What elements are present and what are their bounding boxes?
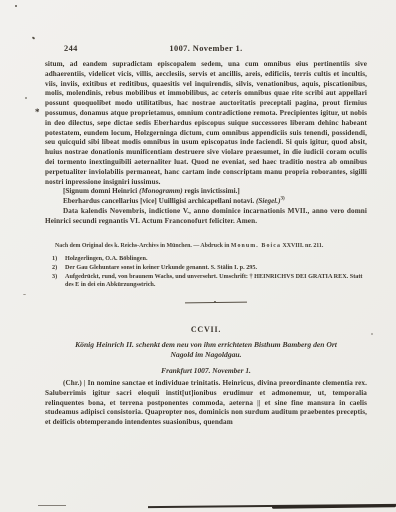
scan-edge-artifact xyxy=(38,505,66,506)
footnote-2-text: Der Gau Glehuntare sonst in keiner Urkun… xyxy=(65,264,257,271)
recognition-text: Eberhardus cancellarius [vice] Uuilligis… xyxy=(63,197,256,205)
footnote-3: 3)Aufgedrückt, rund, von braunem Wachs, … xyxy=(52,273,367,290)
signum-pre: [Signum domni Heinrici xyxy=(63,187,139,195)
charter-title-line-1: König Heinrich II. schenkt dem neu von i… xyxy=(75,340,337,349)
section-divider-rule xyxy=(185,302,247,304)
charter-body-text: situm, ad eandem supradictam episcopalem… xyxy=(45,60,367,187)
monogram-note: (Monogramm) xyxy=(139,187,183,195)
footnote-1-text: Holzgerlingen, O.A. Böblingen. xyxy=(65,255,148,262)
charter-ccvii-body: (Chr.) | In nomine sanctae et individuae… xyxy=(45,379,367,428)
footnote-2: 2)Der Gau Glehuntare sonst in keiner Urk… xyxy=(52,264,367,272)
ink-speck xyxy=(25,97,27,99)
footnote-1-number: 1) xyxy=(52,255,57,263)
datum-line: Data kalendis Novembris, indictione V., … xyxy=(45,207,367,227)
source-citation: Monum. Boica xyxy=(231,243,281,249)
charter-title: König Heinrich II. schenkt dem neu von i… xyxy=(30,340,382,359)
charter-number-heading: CCVII. xyxy=(45,325,367,334)
recognition-line: Eberhardus cancellarius [vice] Uuilligis… xyxy=(45,197,367,207)
source-note-text: Nach dem Original des k. Reichs-Archivs … xyxy=(55,243,231,249)
charter-1007-continuation: situm, ad eandem supradictam episcopalem… xyxy=(45,60,367,227)
footnote-ref-3: 3) xyxy=(281,197,285,202)
source-note-tail: XXVIII. nr. 211. xyxy=(281,243,323,249)
ink-speck xyxy=(23,294,26,295)
footnote-3-text: Aufgedrückt, rund, von braunem Wachs, un… xyxy=(65,273,363,288)
place-date-line: Frankfurt 1007. November 1. xyxy=(45,366,367,375)
ink-speck xyxy=(15,5,17,7)
scan-edge-artifact xyxy=(272,504,396,509)
seal-note: (Siegel.) xyxy=(256,197,281,205)
footnote-2-number: 2) xyxy=(52,264,57,272)
scanned-book-page: 244 1007. November 1. * situm, ad eandem… xyxy=(0,0,396,512)
margin-asterisk: * xyxy=(35,107,40,117)
footnote-3-number: 3) xyxy=(52,273,57,281)
ink-speck xyxy=(371,333,373,335)
ink-speck xyxy=(32,36,36,39)
footnote-1: 1)Holzgerlingen, O.A. Böblingen. xyxy=(52,255,367,263)
charter-title-line-2: Nagold im Nagoldgau. xyxy=(170,350,241,359)
date-heading: 1007. November 1. xyxy=(45,44,367,53)
footnote-block: 1)Holzgerlingen, O.A. Böblingen. 2)Der G… xyxy=(52,255,367,290)
source-note: Nach dem Original des k. Reichs-Archivs … xyxy=(55,243,367,249)
charter-ccvii-text-start: (Chr.) | In nomine sanctae et individuae… xyxy=(45,379,367,428)
signum-line: [Signum domni Heinrici (Monogramm) regis… xyxy=(45,187,367,197)
divider-dot xyxy=(214,301,216,303)
signum-post: regis invictissimi.] xyxy=(183,187,240,195)
running-head: 244 1007. November 1. xyxy=(45,44,367,56)
